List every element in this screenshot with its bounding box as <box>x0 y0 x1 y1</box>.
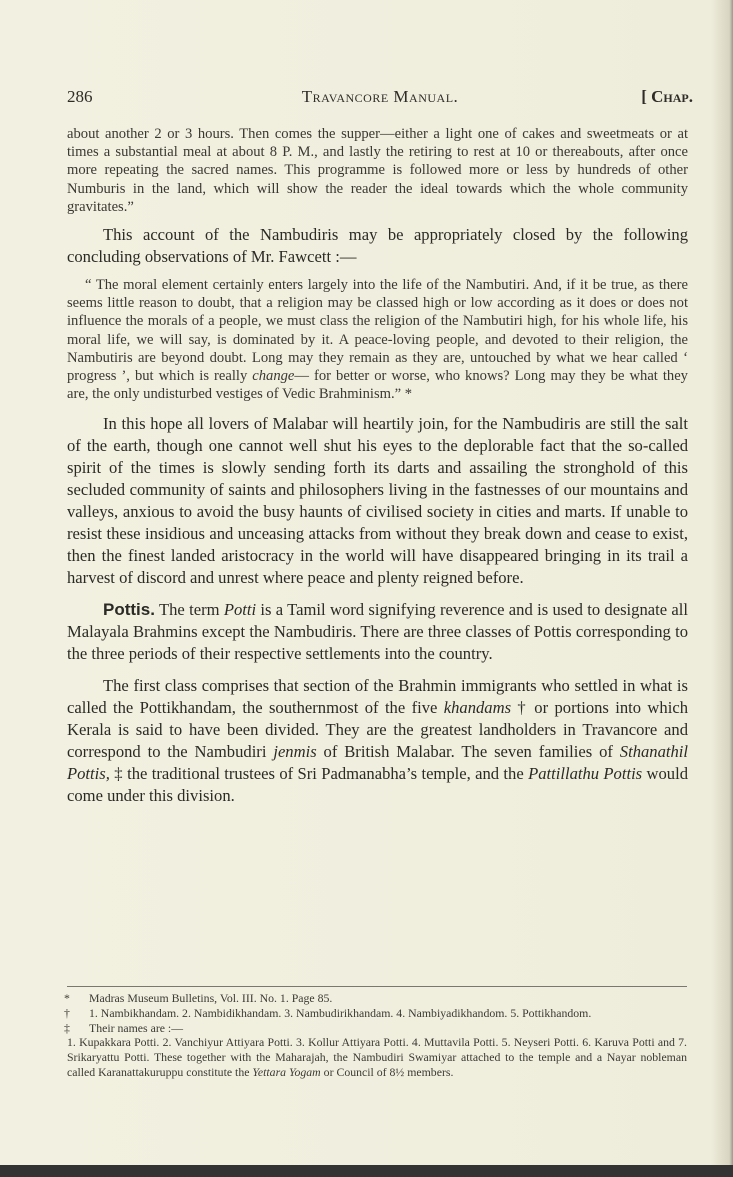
italic-jenmis: jenmis <box>273 742 316 761</box>
footnote-dagger: †1. Nambikhandam. 2. Nambidikhandam. 3. … <box>67 1006 687 1021</box>
fawcett-quote: “ The moral element certainly enters lar… <box>67 276 688 403</box>
footnote-mark-double-dagger: ‡ <box>67 1021 89 1036</box>
footnote-mark-dagger: † <box>67 1006 89 1021</box>
first-class-text: of British Malabar. The seven families o… <box>317 742 620 761</box>
italic-pattillathu-pottis: Pattillathu Pottis <box>528 764 642 783</box>
paragraph-closing: This account of the Nambudiris may be ap… <box>67 224 688 268</box>
footnote-divider <box>67 986 687 988</box>
footnote-text: 1. Nambikhandam. 2. Nambidikhandam. 3. N… <box>89 1006 591 1020</box>
quote-italic: change <box>252 368 294 384</box>
running-title: Travancore Manual. <box>67 87 693 107</box>
first-class-text: ‡ the traditional trustees of Sri Padman… <box>110 764 528 783</box>
paragraph-first-class: The first class comprises that section o… <box>67 675 688 807</box>
pottis-italic-term: Potti <box>224 600 256 619</box>
book-page: 286 Travancore Manual. [ Chap. about ano… <box>0 0 733 1165</box>
page-header: 286 Travancore Manual. [ Chap. <box>67 87 693 109</box>
footnote-italic-yettara-yogam: Yettara Yogam <box>252 1065 320 1079</box>
footnote-intro: Their names are :— <box>89 1021 183 1035</box>
page-body: about another 2 or 3 hours. Then comes t… <box>67 125 688 807</box>
footnote-text-end: or Council of 8½ members. <box>321 1065 454 1079</box>
pottis-text: The term <box>155 600 224 619</box>
chapter-marker: [ Chap. <box>641 87 693 107</box>
footnote-mark-star: * <box>67 991 89 1006</box>
footnote-star: *Madras Museum Bulletins, Vol. III. No. … <box>67 991 687 1006</box>
footnote-double-dagger: ‡Their names are :— <box>67 1021 687 1036</box>
footnote-double-dagger-body: 1. Kupakkara Potti. 2. Vanchiyur Attiyar… <box>67 1035 687 1079</box>
paragraph-hope: In this hope all lovers of Malabar will … <box>67 413 688 589</box>
italic-khandams: khandams <box>444 698 511 717</box>
continuation-quote: about another 2 or 3 hours. Then comes t… <box>67 125 688 216</box>
section-heading-pottis: Pottis. <box>103 600 155 619</box>
paragraph-pottis: Pottis. The term Potti is a Tamil word s… <box>67 599 688 665</box>
footnote-text: Madras Museum Bulletins, Vol. III. No. 1… <box>89 991 332 1005</box>
viewer-bottom-bar <box>0 1165 733 1177</box>
footnotes: *Madras Museum Bulletins, Vol. III. No. … <box>67 991 687 1080</box>
